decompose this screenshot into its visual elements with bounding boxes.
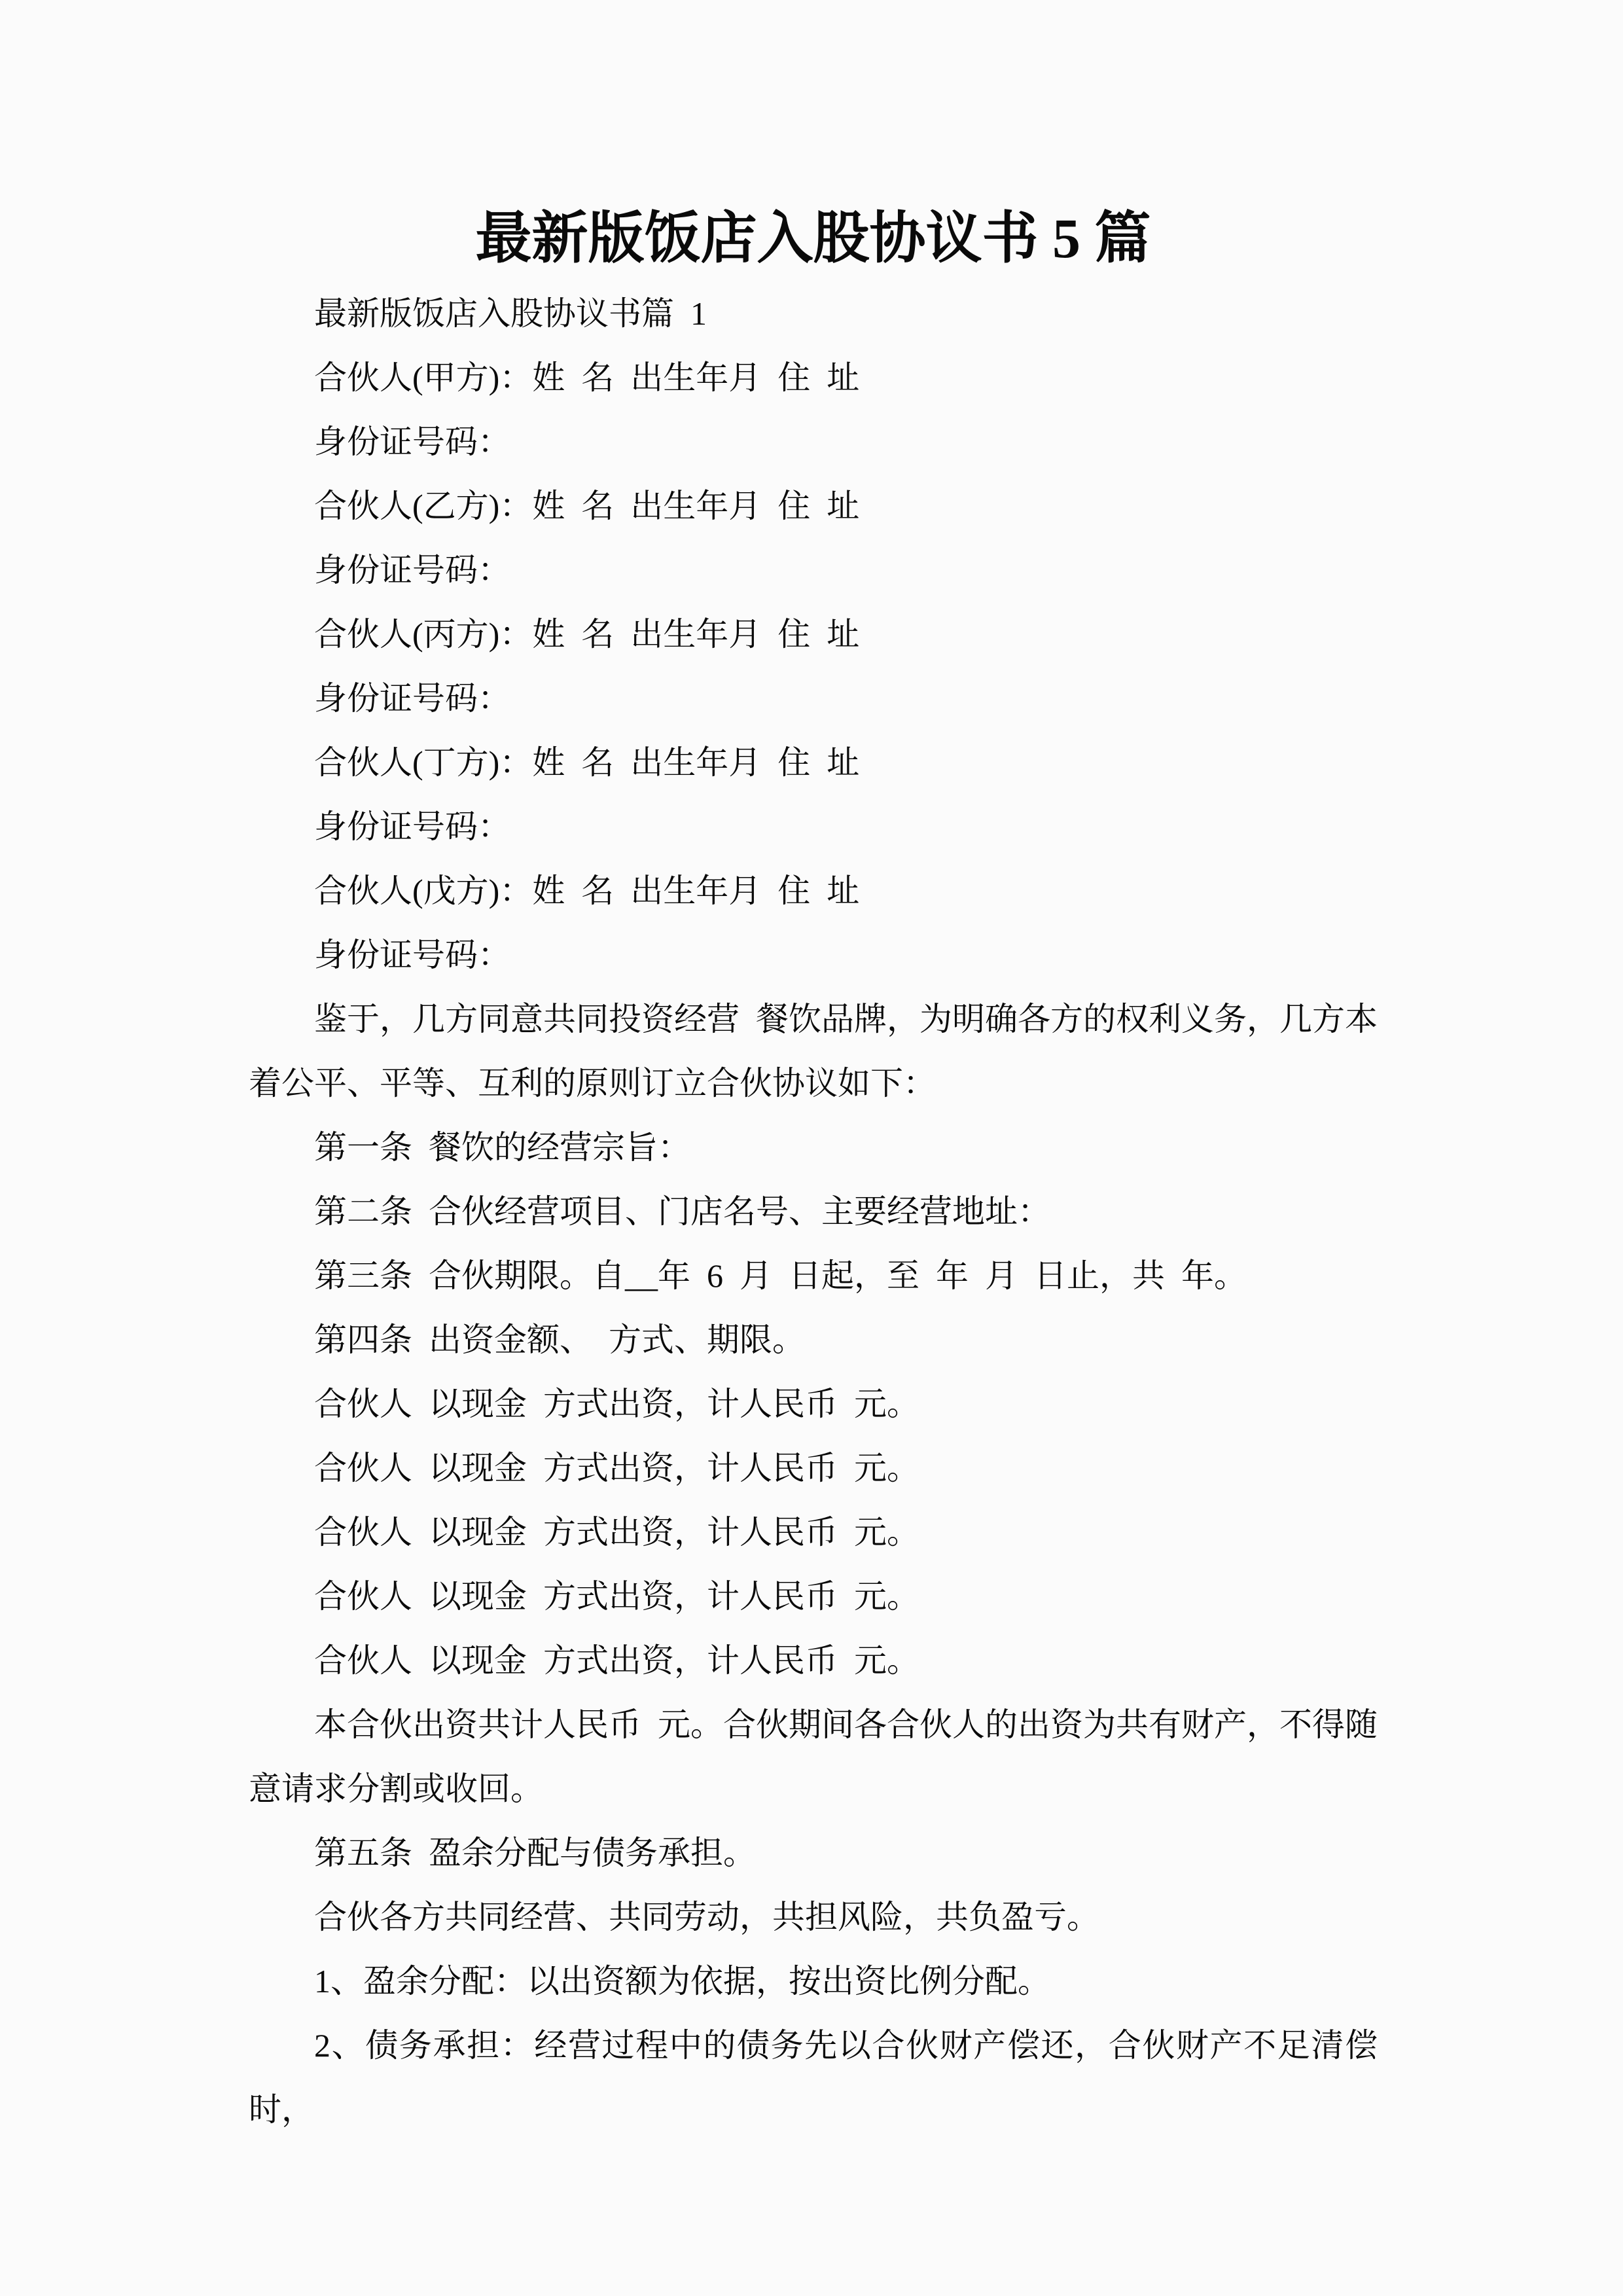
document-page: 最新版饭店入股协议书 5 篇 最新版饭店入股协议书篇 1合伙人(甲方)：姓 名 … — [0, 0, 1623, 2296]
paragraph: 身份证号码： — [249, 795, 1378, 859]
paragraph: 本合伙出资共计人民币 元。合伙期间各合伙人的出资为共有财产，不得随意请求分割或收… — [249, 1693, 1378, 1821]
paragraph: 合伙人 以现金 方式出资，计人民币 元。 — [249, 1500, 1378, 1564]
paragraph: 合伙人 以现金 方式出资，计人民币 元。 — [249, 1436, 1378, 1500]
paragraph: 2、债务承担：经营过程中的债务先以合伙财产偿还，合伙财产不足清偿时， — [249, 2013, 1378, 2142]
paragraph: 第四条 出资金额、 方式、期限。 — [249, 1308, 1378, 1372]
paragraph: 合伙人(戊方)：姓 名 出生年月 住 址 — [249, 859, 1378, 923]
paragraph: 合伙人 以现金 方式出资，计人民币 元。 — [249, 1564, 1378, 1628]
paragraph: 合伙各方共同经营、共同劳动，共担风险，共负盈亏。 — [249, 1885, 1378, 1949]
paragraph: 鉴于，几方同意共同投资经营 餐饮品牌，为明确各方的权利义务，几方本着公平、平等、… — [249, 987, 1378, 1115]
paragraph: 合伙人(丙方)：姓 名 出生年月 住 址 — [249, 602, 1378, 666]
paragraph: 身份证号码： — [249, 666, 1378, 730]
paragraph: 身份证号码： — [249, 410, 1378, 474]
document-title: 最新版饭店入股协议书 5 篇 — [249, 195, 1378, 281]
paragraph: 合伙人(乙方)：姓 名 出生年月 住 址 — [249, 474, 1378, 538]
paragraph: 合伙人(丁方)：姓 名 出生年月 住 址 — [249, 730, 1378, 795]
paragraph: 合伙人(甲方)：姓 名 出生年月 住 址 — [249, 346, 1378, 410]
paragraph: 第二条 合伙经营项目、门店名号、主要经营地址： — [249, 1179, 1378, 1244]
paragraph: 第五条 盈余分配与债务承担。 — [249, 1821, 1378, 1885]
paragraph: 合伙人 以现金 方式出资，计人民币 元。 — [249, 1372, 1378, 1436]
paragraph: 第三条 合伙期限。自__年 6 月 日起，至 年 月 日止，共 年。 — [249, 1244, 1378, 1308]
paragraph: 身份证号码： — [249, 538, 1378, 602]
document-body: 最新版饭店入股协议书篇 1合伙人(甲方)：姓 名 出生年月 住 址身份证号码：合… — [249, 281, 1378, 2142]
paragraph: 最新版饭店入股协议书篇 1 — [249, 281, 1378, 346]
paragraph: 1、盈余分配：以出资额为依据，按出资比例分配。 — [249, 1949, 1378, 2013]
paragraph: 身份证号码： — [249, 923, 1378, 987]
paragraph: 合伙人 以现金 方式出资，计人民币 元。 — [249, 1628, 1378, 1693]
paragraph: 第一条 餐饮的经营宗旨： — [249, 1115, 1378, 1179]
document-content: 最新版饭店入股协议书 5 篇 最新版饭店入股协议书篇 1合伙人(甲方)：姓 名 … — [0, 0, 1623, 2142]
